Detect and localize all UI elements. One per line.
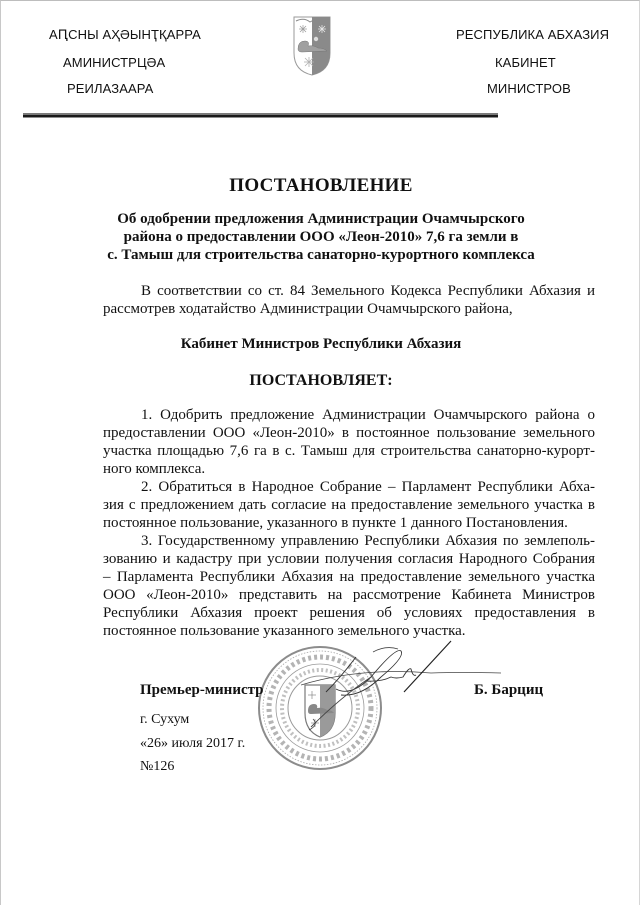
- signatory-name: Б. Барциц: [474, 682, 543, 699]
- header-left-line3: РЕИЛАЗААРА: [67, 81, 153, 96]
- coat-of-arms-icon: [292, 15, 332, 77]
- preamble-line-2: рассмотрев ходатайство Администрации Оча…: [103, 301, 513, 318]
- resolves-heading: ПОСТАНОВЛЯЕТ:: [1, 372, 640, 390]
- signatory-position: Премьер-министр: [140, 682, 264, 699]
- subject-line-1: Об одобрении предложения Администрации О…: [1, 211, 640, 228]
- subject-line-2: района о предоставлении ООО «Леон-2010» …: [1, 229, 640, 246]
- document-page: АԤСНЫ АҲӘЫНҬҚАРРА АМИНИСТРЦӘА РЕИЛАЗААРА…: [0, 0, 640, 905]
- document-number: №126: [140, 759, 174, 775]
- header-right-line1: РЕСПУБЛИКА АБХАЗИЯ: [456, 27, 609, 42]
- header-left-line1: АԤСНЫ АҲӘЫНҬҚАРРА: [49, 27, 201, 43]
- issue-city: г. Сухум: [140, 712, 189, 728]
- header-right-line3: МИНИСТРОВ: [487, 81, 571, 96]
- issuer: Кабинет Министров Республики Абхазия: [1, 336, 640, 353]
- handwritten-signature-icon: [301, 637, 501, 737]
- document-title: ПОСТАНОВЛЕНИЕ: [1, 175, 640, 197]
- issue-date: «26» июля 2017 г.: [140, 736, 245, 752]
- subject-line-3: с. Тамыш для строительства санаторно-кур…: [1, 247, 640, 264]
- header-right-line2: КАБИНЕТ: [495, 55, 556, 70]
- preamble-line-1: В соответствии со ст. 84 Земельного Коде…: [141, 283, 595, 300]
- header-left-line2: АМИНИСТРЦӘА: [63, 55, 165, 70]
